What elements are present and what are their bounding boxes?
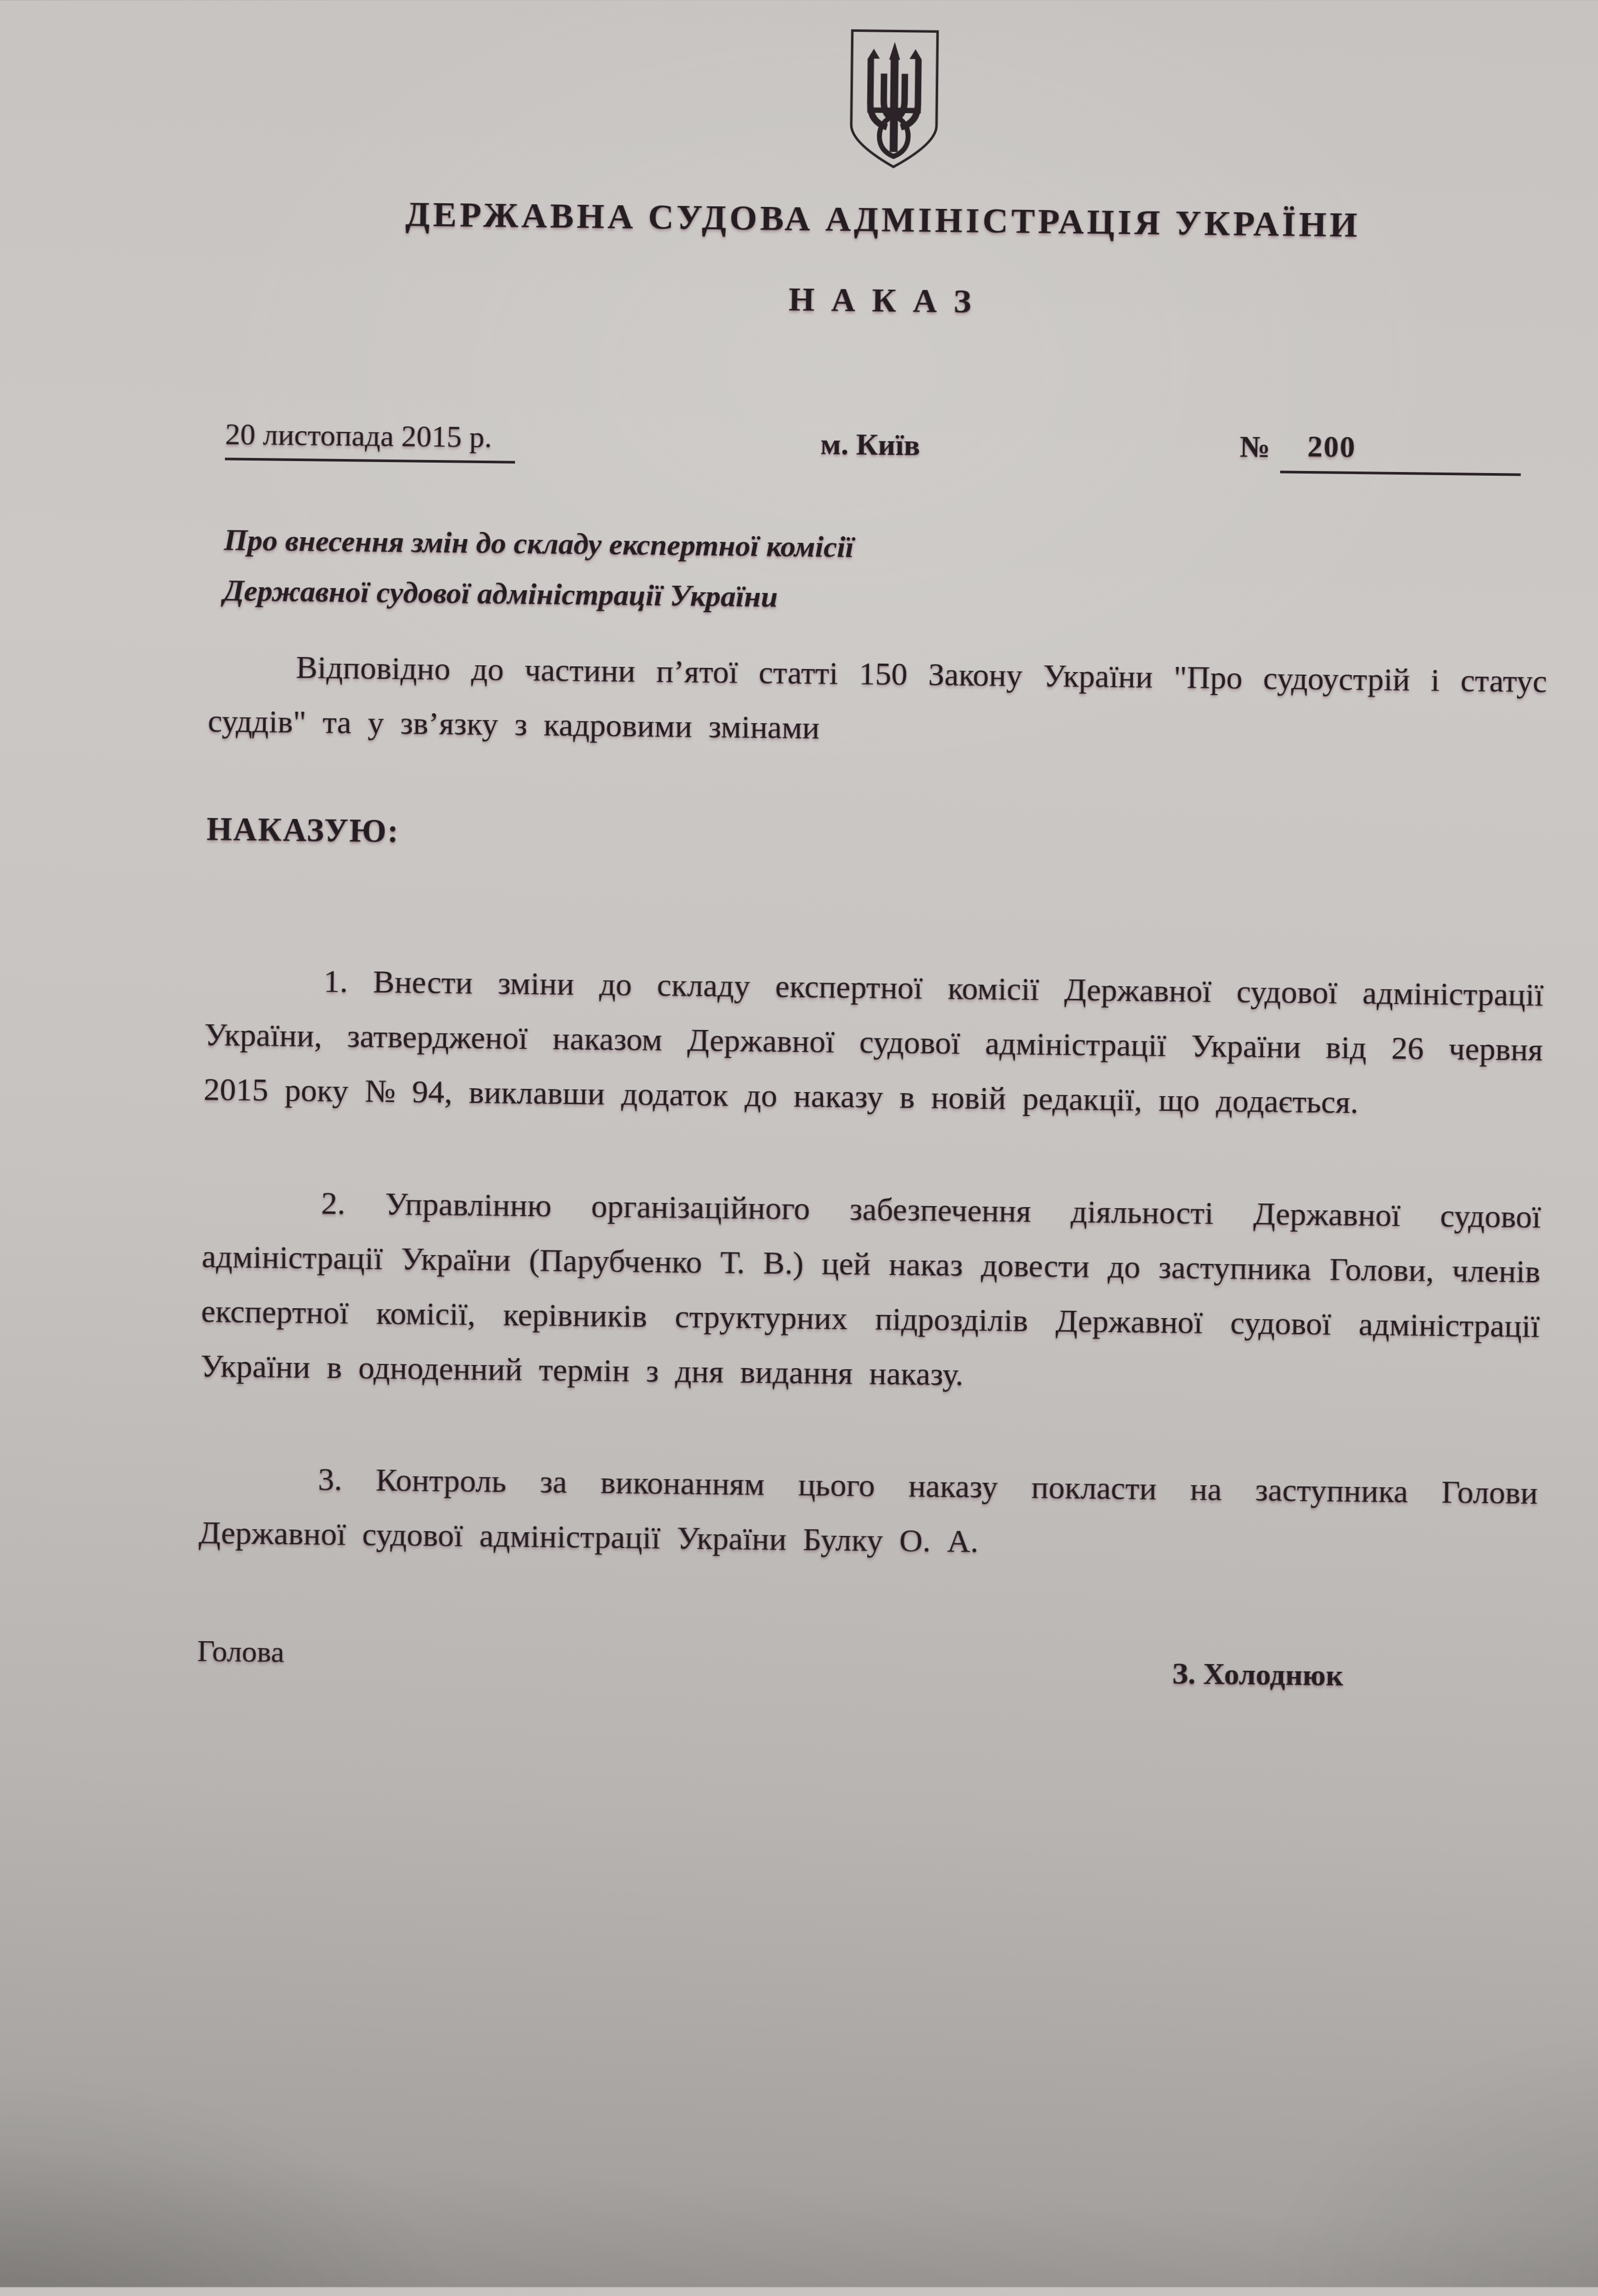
order-item-2: 2. Управлінню організаційного забезпечен… xyxy=(200,1175,1541,1409)
signature-name: З. Холоднюк xyxy=(1172,1656,1343,1693)
trident-emblem-icon xyxy=(842,27,946,171)
order-item-1: 1. Внести зміни до складу експертної ком… xyxy=(204,953,1544,1132)
date-field: 20 листопада 2015 р. xyxy=(225,416,516,463)
doc-type-title: Н А К А З xyxy=(213,274,1552,327)
signature-row: Голова З. Холоднюк xyxy=(197,1633,1536,1711)
place-field: м. Київ xyxy=(820,426,920,462)
subject-block: Про внесення змін до складу експертної к… xyxy=(223,514,1370,628)
org-name-title: ДЕРЖАВНА СУДОВА АДМІНІСТРАЦІЯ УКРАЇНИ xyxy=(214,191,1553,247)
document-page: ДЕРЖАВНА СУДОВА АДМІНІСТРАЦІЯ УКРАЇНИ Н … xyxy=(0,0,1598,2287)
preamble-paragraph: Відповідно до частини п’ятої статті 150 … xyxy=(208,639,1547,764)
signature-post: Голова xyxy=(197,1633,285,1669)
number-sign: № xyxy=(1240,429,1270,465)
number-value: 200 xyxy=(1280,428,1521,476)
order-keyword: НАКАЗУЮ: xyxy=(206,810,399,850)
number-group: № 200 xyxy=(1240,428,1524,431)
order-item-3: 3. Контроль за виконанням цього наказу п… xyxy=(198,1451,1538,1575)
scanned-order-document: ДЕРЖАВНА СУДОВА АДМІНІСТРАЦІЯ УКРАЇНИ Н … xyxy=(0,0,1598,2287)
dateline-row: 20 листопада 2015 р. м. Київ № 200 xyxy=(210,416,1550,494)
